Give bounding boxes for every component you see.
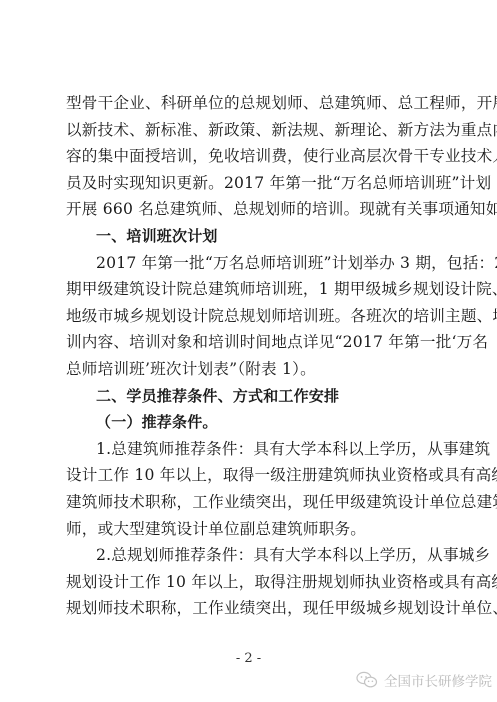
text-line: 2017 年第一批“万名总师培训班”计划举办 3 期，包括：2 — [66, 250, 436, 277]
text-line: 1.总建筑师推荐条件：具有大学本科以上学历，从事建筑 — [66, 436, 436, 463]
section-heading: 二、学员推荐条件、方式和工作安排 — [66, 383, 436, 410]
section-heading: 一、培训班次计划 — [66, 223, 436, 250]
wechat-icon — [356, 671, 378, 689]
text-line: 期甲级建筑设计院总建筑师培训班，1 期甲级城乡规划设计院、 — [66, 276, 436, 303]
section-heading: （一）推荐条件。 — [66, 409, 436, 436]
text-line: 地级市城乡规划设计院总规划师培训班。各班次的培训主题、培 — [66, 303, 436, 330]
text-line: 建筑师技术职称，工作业绩突出，现任甲级建筑设计单位总建筑 — [66, 489, 436, 516]
text-line: 以新技术、新标准、新政策、新法规、新理论、新方法为重点内 — [66, 117, 436, 144]
text-line: 开展 660 名总建筑师、总规划师的培训。现就有关事项通知如下: — [66, 196, 436, 223]
text-line: 总师培训班’班次计划表”（附表 1）。 — [66, 356, 436, 383]
document-page: 型骨干企业、科研单位的总规划师、总建筑师、总工程师，开展以新技术、新标准、新政策… — [0, 0, 497, 702]
text-line: 型骨干企业、科研单位的总规划师、总建筑师、总工程师，开展 — [66, 90, 436, 117]
text-line: 员及时实现知识更新。2017 年第一批“万名总师培训班”计划 — [66, 170, 436, 197]
watermark: 全国市长研修学院 — [356, 670, 492, 690]
text-line: 设计工作 10 年以上，取得一级注册建筑师执业资格或具有高级 — [66, 462, 436, 489]
text-line: 2.总规划师推荐条件：具有大学本科以上学历，从事城乡 — [66, 542, 436, 569]
page-number: - 2 - — [0, 651, 497, 666]
text-line: 规划设计工作 10 年以上，取得注册规划师执业资格或具有高级 — [66, 569, 436, 596]
text-line: 规划师技术职称，工作业绩突出，现任甲级城乡规划设计单位、 — [66, 595, 436, 622]
text-line: 容的集中面授培训，免收培训费，使行业高层次骨干专业技术人 — [66, 143, 436, 170]
text-line: 师，或大型建筑设计单位副总建筑师职务。 — [66, 516, 436, 543]
watermark-text: 全国市长研修学院 — [384, 670, 492, 690]
document-body: 型骨干企业、科研单位的总规划师、总建筑师、总工程师，开展以新技术、新标准、新政策… — [66, 90, 436, 622]
text-line: 训内容、培训对象和培训时间地点详见“2017 年第一批‘万名 — [66, 329, 436, 356]
